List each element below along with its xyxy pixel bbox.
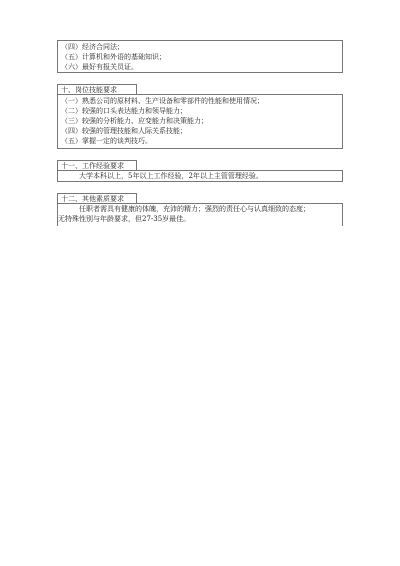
list-item: （三）较强的分析能力、应变能力和决策能力； [58,116,342,126]
list-item: （一）熟悉公司的原材料、生产设备和零部件的性能和使用情况； [58,96,342,106]
section11-text: 大学本科以上，5年以上工作经验，2年以上主管管理经验。 [58,171,342,181]
section9-tail-box: （四）经济合同法； （五）计算机和外语的基础知识； （六）最好有报关员证。 [57,40,343,73]
list-item: （四）较强的管理技能和人际关系技能； [58,126,342,136]
section12-box: 任职者需具有健康的体魄，充沛的精力；强烈的责任心与认真细致的态度； 无特殊性别与… [57,203,343,226]
section10-box: （一）熟悉公司的原材料、生产设备和零部件的性能和使用情况； （二）较强的口头表达… [57,94,343,149]
list-item: （四）经济合同法； [58,42,342,52]
list-item: （二）较强的口头表达能力和领导能力； [58,106,342,116]
list-item: （六）最好有报关员证。 [58,62,342,72]
section12-text-line2: 无特殊性别与年龄要求，但27-35岁最佳。 [58,214,342,224]
section12-text-line1: 任职者需具有健康的体魄，充沛的精力；强烈的责任心与认真细致的态度； [58,204,342,214]
section11-box: 大学本科以上，5年以上工作经验，2年以上主管管理经验。 [57,170,343,182]
list-item: （五）计算机和外语的基础知识； [58,52,342,62]
list-item: （五）掌握一定的谈判技巧。 [58,136,342,146]
